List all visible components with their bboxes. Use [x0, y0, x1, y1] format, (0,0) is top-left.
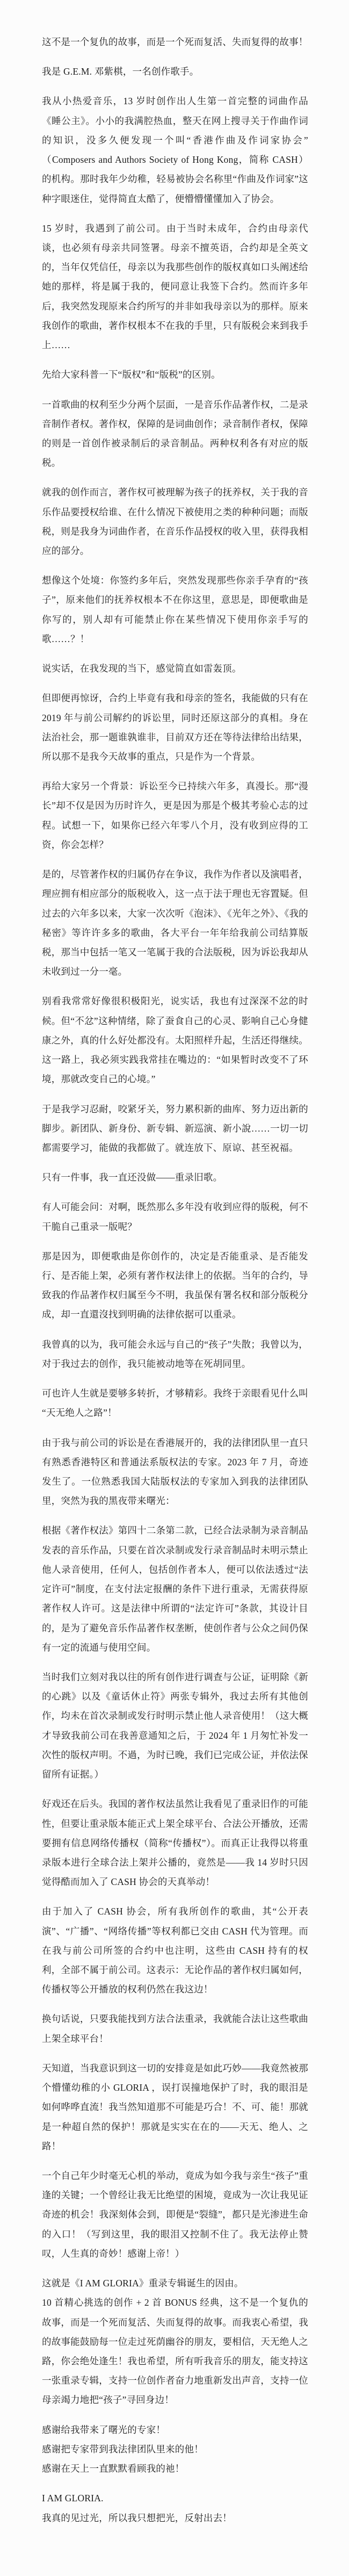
paragraph: 10 首精心挑选的创作 + 2 首 BONUS 经典，这不是一个复仇的故事，而是…: [42, 2293, 308, 2409]
paragraph: 这不是一个复仇的故事，而是一个死而复活、失而复得的故事！: [42, 32, 308, 52]
paragraph: 我曾真的以为，我可能会永远与自己的“孩子”失散；我曾以为，对于我过去的创作，我只…: [42, 1335, 308, 1373]
paragraph: 15 岁时，我遇到了前公司。由于当时未成年，合约由母亲代谈，也必须有母亲共同签署…: [42, 219, 308, 355]
paragraph: 就我的创作而言，著作权可被理解为孩子的抚养权，关于我的音乐作品要授权给谁、在什么…: [42, 483, 308, 560]
paragraph: 好戏还在后头。我国的著作权法虽然让我看见了重录旧作的可能性，但要让重录版本能正式…: [42, 1794, 308, 1891]
paragraph: 由于加入了 CASH 协会，所有我所创作的歌曲，其“公开表演”、“广播”、“网络…: [42, 1902, 308, 1999]
paragraph: 于是我学习忍耐，咬紧牙关，努力累积新的曲库、努力迈出新的脚步。新团队、新身份、新…: [42, 1099, 308, 1158]
paragraph: 只有一件事，我一直还没做——重录旧歌。: [42, 1168, 308, 1187]
paragraph: 我是 G.E.M. 邓紫棋，一名创作歌手。: [42, 62, 308, 81]
paragraph: 可也许人生就是要够多转折，才够精彩。我终于亲眼看见什么叫“天无绝人之路”！: [42, 1384, 308, 1422]
paragraph: 说实话，在我发现的当下，感觉简直如雷轰顶。: [42, 659, 308, 678]
paragraph: 一个自己年少时毫无心机的举动，竟成为如今我与亲生“孩子”重逢的关键；一个曾经让我…: [42, 2166, 308, 2263]
paragraph-closing: 我真的见过光，所以我只想把光，反射出去！: [42, 2508, 308, 2528]
paragraph-signature: I AM GLORIA.: [42, 2488, 308, 2508]
paragraph: 根据《著作权法》第四十二条第二款，已经合法录制为录音制品发表的音乐作品，只要在首…: [42, 1521, 308, 1657]
paragraph: 但即便再惊讶，合约上毕竟有我和母亲的签名，我能做的只有在 2019 年与前公司解…: [42, 688, 308, 766]
paragraph-thanks-line: 感谢在天上一直默默看顾我的祂！: [42, 2459, 308, 2478]
paragraph: 别看我常常好像很积极阳光，说实话，我也有过深深不忿的时候。但“不忿”这种情绪，除…: [42, 991, 308, 1089]
paragraph: 一首歌曲的权利至少分两个层面，一是音乐作品著作权，二是录音制作者权。著作权，保障…: [42, 395, 308, 473]
paragraph: 由于我与前公司的诉讼是在香港展开的，我的法律团队里一直只有熟悉香港特区和普通法系…: [42, 1433, 308, 1511]
paragraph: 有人可能会问：对啊，既然那么多年没有收到应得的版税，何不干脆自己重录一版呢？: [42, 1197, 308, 1236]
paragraph-thanks-line: 感谢给我带来了曙光的专家！: [42, 2420, 308, 2440]
paragraph: 想像这个处境：你签约多年后，突然发现那些你亲手孕育的“孩子”，原来他们的抚养权根…: [42, 571, 308, 649]
paragraph: 当时我们立刻对我以往的所有创作进行调查与公证，证明除《新的心跳》以及《童话休止符…: [42, 1667, 308, 1784]
paragraph: 换句话说，只要我能找到方法合法重录，我就能合法让这些歌曲上架全球平台！: [42, 2009, 308, 2048]
paragraph: 天知道，当我意识到这一切的安排竟是如此巧妙——我竟然被那个懵懂幼稚的小 GLOR…: [42, 2059, 308, 2156]
paragraph: 先给大家科普一下“版权”和“版税”的区别。: [42, 365, 308, 384]
paragraph: 我从小热爱音乐，13 岁时创作出人生第一首完整的词曲作品《睡公主》。小小的我满腔…: [42, 91, 308, 208]
paragraph: 是的，尽管著作权的归属仍存在争议，我作为作者以及演唱者，理应拥有相应部分的版税收…: [42, 865, 308, 981]
document-page: 这不是一个复仇的故事，而是一个死而复活、失而复得的故事！ 我是 G.E.M. 邓…: [0, 0, 349, 2576]
paragraph-thanks-line: 感谢把专家带到我法律团队里来的他！: [42, 2440, 308, 2459]
paragraph: 再给大家另一个背景：诉讼至今已持续六年多，真漫长。那“漫长”却不仅是因为历时许久…: [42, 776, 308, 854]
paragraph: 那是因为，即便歌曲是你创作的，决定是否能重录、是否能发行、是否能上架，必须有著作…: [42, 1247, 308, 1325]
